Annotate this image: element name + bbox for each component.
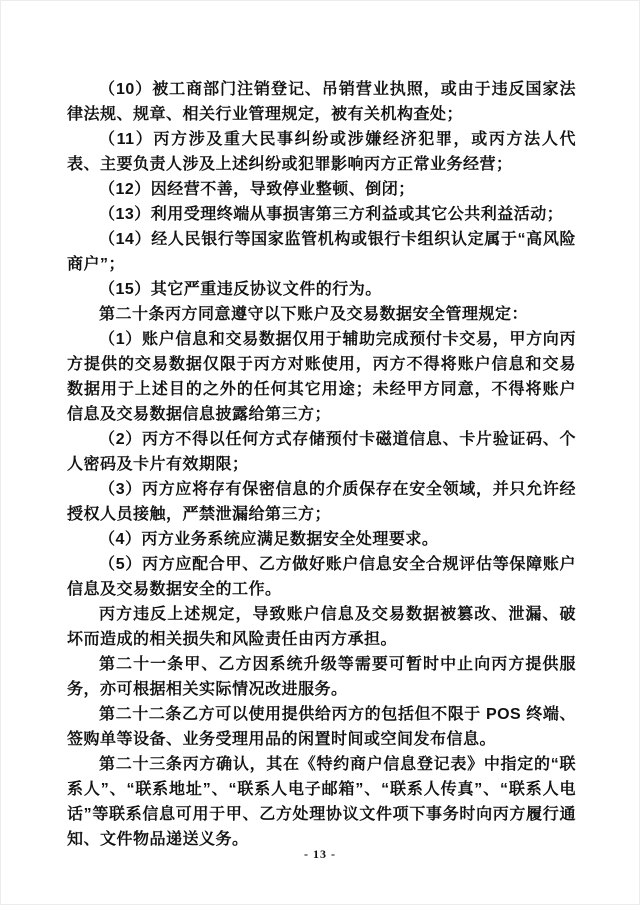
paragraph-text: （10）被工商部门注销登记、吊销营业执照，或由于违反国家法律法规、规章、相关行业… [67, 81, 576, 123]
paragraph: （1）账户信息和交易数据仅用于辅助完成预付卡交易，甲方向丙方提供的交易数据仅限于… [67, 327, 576, 427]
paragraph-text: （2）丙方不得以任何方式存储预付卡磁道信息、卡片验证码、个人密码及卡片有效期限； [67, 431, 576, 473]
paragraph-text: 丙方同意遵守以下账户及交易数据安全管理规定： [165, 306, 528, 323]
clause-number: 第二十二条 [99, 706, 182, 723]
paragraph: 第二十条丙方同意遵守以下账户及交易数据安全管理规定： [67, 302, 576, 327]
page-number: - 13 - [1, 847, 639, 862]
paragraph: （14）经人民银行等国家监管机构或银行卡组织认定属于“高风险商户”； [67, 227, 576, 277]
paragraph: 第二十一条甲、乙方因系统升级等需要可暂时中止向丙方提供服务，亦可根据相关实际情况… [67, 652, 576, 702]
paragraph: （15）其它严重违反协议文件的行为。 [67, 277, 576, 302]
document-page: （10）被工商部门注销登记、吊销营业执照，或由于违反国家法律法规、规章、相关行业… [0, 0, 640, 905]
paragraph-text: （13）利用受理终端从事损害第三方利益或其它公共利益活动； [99, 206, 563, 223]
paragraph: （3）丙方应将存有保密信息的介质保存在安全领域，并只允许经授权人员接触，严禁泄漏… [67, 477, 576, 527]
paragraph-text: （14）经人民银行等国家监管机构或银行卡组织认定属于“高风险商户”； [67, 231, 576, 273]
clause-number: 第二十三条 [99, 756, 183, 773]
paragraph: 丙方违反上述规定，导致账户信息及交易数据被篡改、泄漏、破坏而造成的相关损失和风险… [67, 602, 576, 652]
paragraph: （4）丙方业务系统应满足数据安全处理要求。 [67, 527, 576, 552]
paragraph-text: （5）丙方应配合甲、乙方做好账户信息安全合规评估等保障账户信息及交易数据安全的工… [67, 556, 576, 598]
paragraph-text: 丙方违反上述规定，导致账户信息及交易数据被篡改、泄漏、破坏而造成的相关损失和风险… [67, 606, 576, 648]
paragraph: （12）因经营不善，导致停业整顿、倒闭； [67, 177, 576, 202]
paragraph: （13）利用受理终端从事损害第三方利益或其它公共利益活动； [67, 202, 576, 227]
clause-number: 第二十条 [99, 306, 165, 323]
paragraph: （2）丙方不得以任何方式存储预付卡磁道信息、卡片验证码、个人密码及卡片有效期限； [67, 427, 576, 477]
paragraph-text: （3）丙方应将存有保密信息的介质保存在安全领域，并只允许经授权人员接触，严禁泄漏… [67, 481, 576, 523]
document-body: （10）被工商部门注销登记、吊销营业执照，或由于违反国家法律法规、规章、相关行业… [67, 77, 576, 852]
paragraph-text: （15）其它严重违反协议文件的行为。 [99, 281, 382, 298]
paragraph: （11）丙方涉及重大民事纠纷或涉嫌经济犯罪，或丙方法人代表、主要负责人涉及上述纠… [67, 127, 576, 177]
paragraph-text: （1）账户信息和交易数据仅用于辅助完成预付卡交易，甲方向丙方提供的交易数据仅限于… [67, 331, 576, 423]
paragraph-text: （4）丙方业务系统应满足数据安全处理要求。 [99, 531, 438, 548]
paragraph: （10）被工商部门注销登记、吊销营业执照，或由于违反国家法律法规、规章、相关行业… [67, 77, 576, 127]
clause-number: 第二十一条 [99, 656, 184, 673]
paragraph-text: （12）因经营不善，导致停业整顿、倒闭； [99, 181, 415, 198]
paragraph-text: （11）丙方涉及重大民事纠纷或涉嫌经济犯罪，或丙方法人代表、主要负责人涉及上述纠… [67, 131, 576, 173]
paragraph: 第二十三条丙方确认，其在《特约商户信息登记表》中指定的“联系人”、“联系地址”、… [67, 752, 576, 852]
paragraph: （5）丙方应配合甲、乙方做好账户信息安全合规评估等保障账户信息及交易数据安全的工… [67, 552, 576, 602]
paragraph: 第二十二条乙方可以使用提供给丙方的包括但不限于 POS 终端、签购单等设备、业务… [67, 702, 576, 752]
